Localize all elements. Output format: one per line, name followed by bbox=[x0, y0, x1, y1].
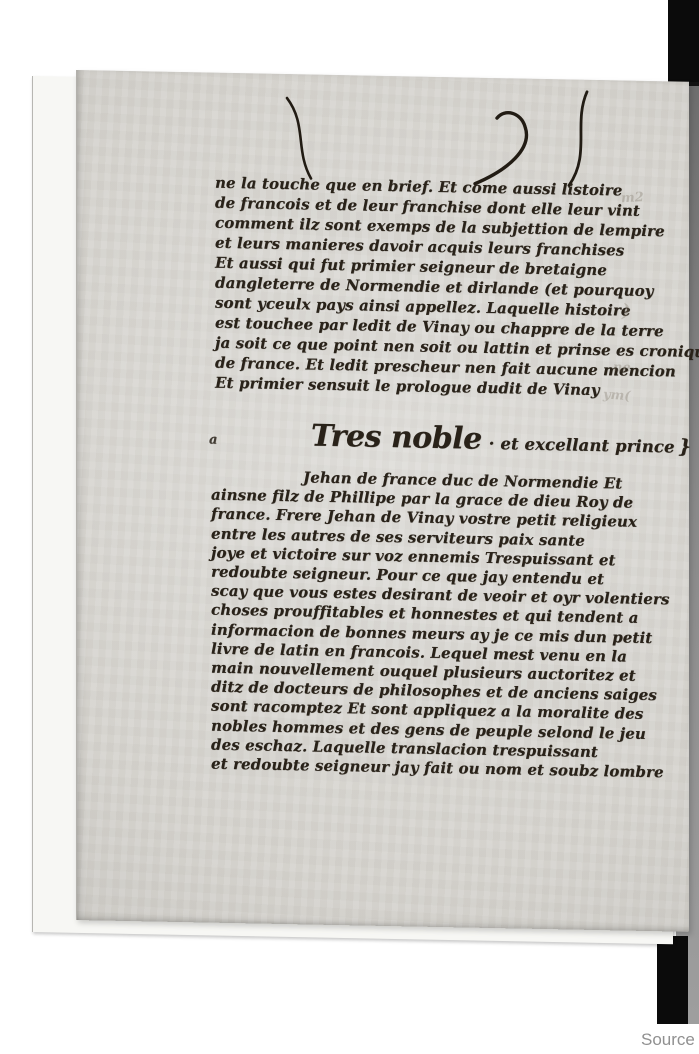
prologue-heading: Tres noble · et excellant prince } bbox=[215, 415, 699, 466]
bleedthrough-mark: ne bbox=[613, 360, 631, 375]
scan-black-block bbox=[657, 936, 688, 1024]
scan-black-corner bbox=[668, 0, 699, 90]
heading-brace-mark: } bbox=[679, 436, 691, 458]
ink-flourish-icon bbox=[467, 104, 541, 189]
source-caption: Source g bbox=[641, 1030, 699, 1050]
manuscript-paragraph-1: ne la touche que en brief. Et come aussi… bbox=[215, 173, 667, 402]
bleedthrough-mark: ) bbox=[622, 300, 631, 321]
ink-flourish-icon bbox=[557, 89, 599, 188]
manuscript-paragraph-2: Jehan de france duc de Normendie Etainsn… bbox=[211, 467, 669, 783]
heading-large-text: Tres noble bbox=[311, 417, 482, 460]
verso-bleedthrough-marks: m2)neym( bbox=[77, 70, 689, 82]
manuscript-page: ne la touche que en brief. Et come aussi… bbox=[76, 70, 689, 932]
bleedthrough-mark: m2 bbox=[621, 190, 645, 206]
ink-flourish-icon bbox=[277, 94, 319, 181]
heading-rest-text: · et excellant prince bbox=[489, 434, 675, 457]
bleedthrough-mark: ym( bbox=[603, 387, 631, 404]
manuscript-scan-photo: ne la touche que en brief. Et come aussi… bbox=[0, 0, 699, 1054]
